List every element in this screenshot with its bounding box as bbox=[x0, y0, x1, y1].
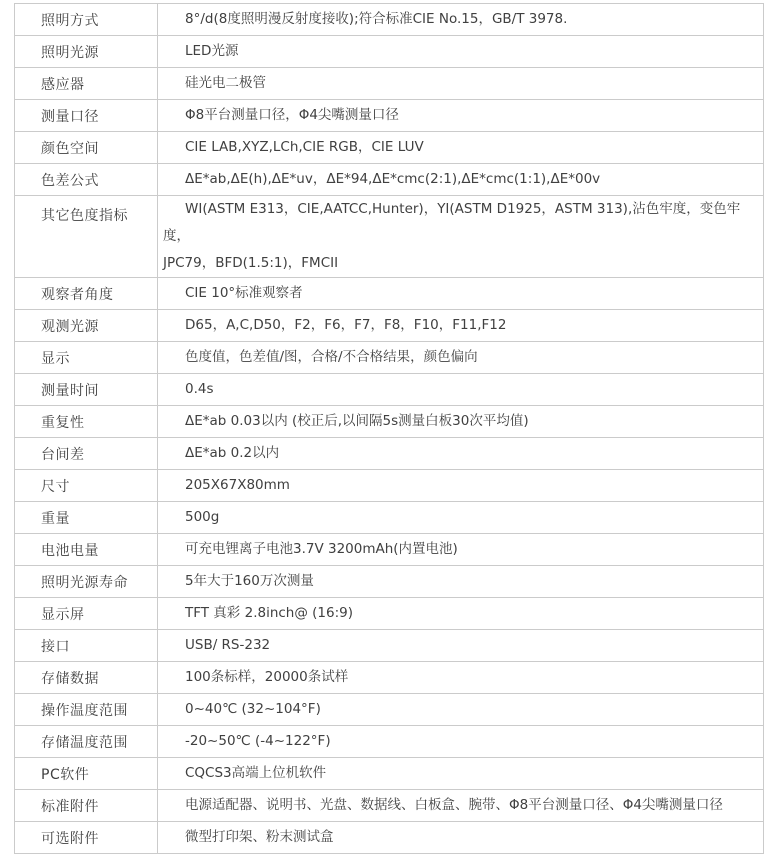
spec-value: CIE LAB,XYZ,LCh,CIE RGB，CIE LUV bbox=[158, 132, 764, 164]
table-row: PC软件 CQCS3高端上位机软件 bbox=[15, 758, 764, 790]
spec-label: 显示 bbox=[15, 342, 158, 374]
page: 照明方式 8°/d(8度照明漫反射度接收);符合标准CIE No.15，GB/T… bbox=[0, 0, 778, 840]
spec-value: Φ8平台测量口径，Φ4尖嘴测量口径 bbox=[158, 100, 764, 132]
spec-label: PC软件 bbox=[15, 758, 158, 790]
spec-value: D65，A,C,D50，F2，F6，F7，F8，F10，F11,F12 bbox=[158, 310, 764, 342]
spec-value: CQCS3高端上位机软件 bbox=[158, 758, 764, 790]
spec-label: 操作温度范围 bbox=[15, 694, 158, 726]
spec-label: 感应器 bbox=[15, 68, 158, 100]
spec-label: 颜色空间 bbox=[15, 132, 158, 164]
table-row: 显示 色度值，色差值/图，合格/不合格结果，颜色偏向 bbox=[15, 342, 764, 374]
spec-value: 0~40℃ (32~104°F) bbox=[158, 694, 764, 726]
spec-value: 205X67X80mm bbox=[158, 470, 764, 502]
table-row: 测量时间 0.4s bbox=[15, 374, 764, 406]
spec-label: 其它色度指标 bbox=[15, 196, 158, 278]
spec-value: 硅光电二极管 bbox=[158, 68, 764, 100]
table-row: 照明方式 8°/d(8度照明漫反射度接收);符合标准CIE No.15，GB/T… bbox=[15, 4, 764, 36]
table-row: 观测光源 D65，A,C,D50，F2，F6，F7，F8，F10，F11,F12 bbox=[15, 310, 764, 342]
spec-label: 色差公式 bbox=[15, 164, 158, 196]
spec-label: 观测光源 bbox=[15, 310, 158, 342]
table-row: 颜色空间 CIE LAB,XYZ,LCh,CIE RGB，CIE LUV bbox=[15, 132, 764, 164]
table-row: 操作温度范围 0~40℃ (32~104°F) bbox=[15, 694, 764, 726]
spec-label: 存储数据 bbox=[15, 662, 158, 694]
spec-table: 照明方式 8°/d(8度照明漫反射度接收);符合标准CIE No.15，GB/T… bbox=[14, 3, 764, 854]
spec-value: LED光源 bbox=[158, 36, 764, 68]
spec-value: 100条标样，20000条试样 bbox=[158, 662, 764, 694]
table-row: 感应器 硅光电二极管 bbox=[15, 68, 764, 100]
spec-value: TFT 真彩 2.8inch@ (16:9) bbox=[158, 598, 764, 630]
table-row: 存储温度范围 -20~50℃ (-4~122°F) bbox=[15, 726, 764, 758]
table-row: 显示屏 TFT 真彩 2.8inch@ (16:9) bbox=[15, 598, 764, 630]
spec-label: 测量口径 bbox=[15, 100, 158, 132]
table-row: 重复性 ΔE*ab 0.03以内 (校正后,以间隔5s测量白板30次平均值) bbox=[15, 406, 764, 438]
spec-value: 0.4s bbox=[158, 374, 764, 406]
table-row: 观察者角度 CIE 10°标准观察者 bbox=[15, 278, 764, 310]
spec-label: 接口 bbox=[15, 630, 158, 662]
spec-value: 5年大于160万次测量 bbox=[158, 566, 764, 598]
table-row: 尺寸 205X67X80mm bbox=[15, 470, 764, 502]
table-row: 标准附件 电源适配器、说明书、光盘、数据线、白板盒、腕带、Φ8平台测量口径、Φ4… bbox=[15, 790, 764, 822]
spec-label: 电池电量 bbox=[15, 534, 158, 566]
spec-label: 重量 bbox=[15, 502, 158, 534]
spec-label: 照明方式 bbox=[15, 4, 158, 36]
table-row: 台间差 ΔE*ab 0.2以内 bbox=[15, 438, 764, 470]
table-row: 存储数据 100条标样，20000条试样 bbox=[15, 662, 764, 694]
spec-label: 照明光源寿命 bbox=[15, 566, 158, 598]
table-row: 照明光源寿命 5年大于160万次测量 bbox=[15, 566, 764, 598]
spec-label: 可选附件 bbox=[15, 822, 158, 854]
spec-value: 8°/d(8度照明漫反射度接收);符合标准CIE No.15，GB/T 3978… bbox=[158, 4, 764, 36]
table-row: 接口 USB/ RS-232 bbox=[15, 630, 764, 662]
table-row: 重量 500g bbox=[15, 502, 764, 534]
spec-label: 显示屏 bbox=[15, 598, 158, 630]
spec-value: ΔE*ab 0.03以内 (校正后,以间隔5s测量白板30次平均值) bbox=[158, 406, 764, 438]
spec-value: ΔE*ab 0.2以内 bbox=[158, 438, 764, 470]
spec-label: 照明光源 bbox=[15, 36, 158, 68]
spec-value: 微型打印架、粉末测试盒 bbox=[158, 822, 764, 854]
spec-label: 观察者角度 bbox=[15, 278, 158, 310]
table-row: 测量口径 Φ8平台测量口径，Φ4尖嘴测量口径 bbox=[15, 100, 764, 132]
spec-value: 色度值，色差值/图，合格/不合格结果，颜色偏向 bbox=[158, 342, 764, 374]
spec-value: 电源适配器、说明书、光盘、数据线、白板盒、腕带、Φ8平台测量口径、Φ4尖嘴测量口… bbox=[158, 790, 764, 822]
table-row: 其它色度指标 WI(ASTM E313，CIE,AATCC,Hunter)，YI… bbox=[15, 196, 764, 278]
spec-label: 标准附件 bbox=[15, 790, 158, 822]
spec-value: ΔE*ab,ΔE(h),ΔE*uv，ΔE*94,ΔE*cmc(2:1),ΔE*c… bbox=[158, 164, 764, 196]
spec-value: 可充电锂离子电池3.7V 3200mAh(内置电池) bbox=[158, 534, 764, 566]
spec-label: 重复性 bbox=[15, 406, 158, 438]
spec-value: USB/ RS-232 bbox=[158, 630, 764, 662]
spec-value: -20~50℃ (-4~122°F) bbox=[158, 726, 764, 758]
table-row: 照明光源 LED光源 bbox=[15, 36, 764, 68]
spec-value: WI(ASTM E313，CIE,AATCC,Hunter)，YI(ASTM D… bbox=[158, 196, 764, 278]
spec-label: 存储温度范围 bbox=[15, 726, 158, 758]
spec-label: 台间差 bbox=[15, 438, 158, 470]
spec-label: 尺寸 bbox=[15, 470, 158, 502]
table-row: 电池电量 可充电锂离子电池3.7V 3200mAh(内置电池) bbox=[15, 534, 764, 566]
table-row: 可选附件 微型打印架、粉末测试盒 bbox=[15, 822, 764, 854]
spec-value: CIE 10°标准观察者 bbox=[158, 278, 764, 310]
table-row: 色差公式 ΔE*ab,ΔE(h),ΔE*uv，ΔE*94,ΔE*cmc(2:1)… bbox=[15, 164, 764, 196]
spec-label: 测量时间 bbox=[15, 374, 158, 406]
spec-value: 500g bbox=[158, 502, 764, 534]
